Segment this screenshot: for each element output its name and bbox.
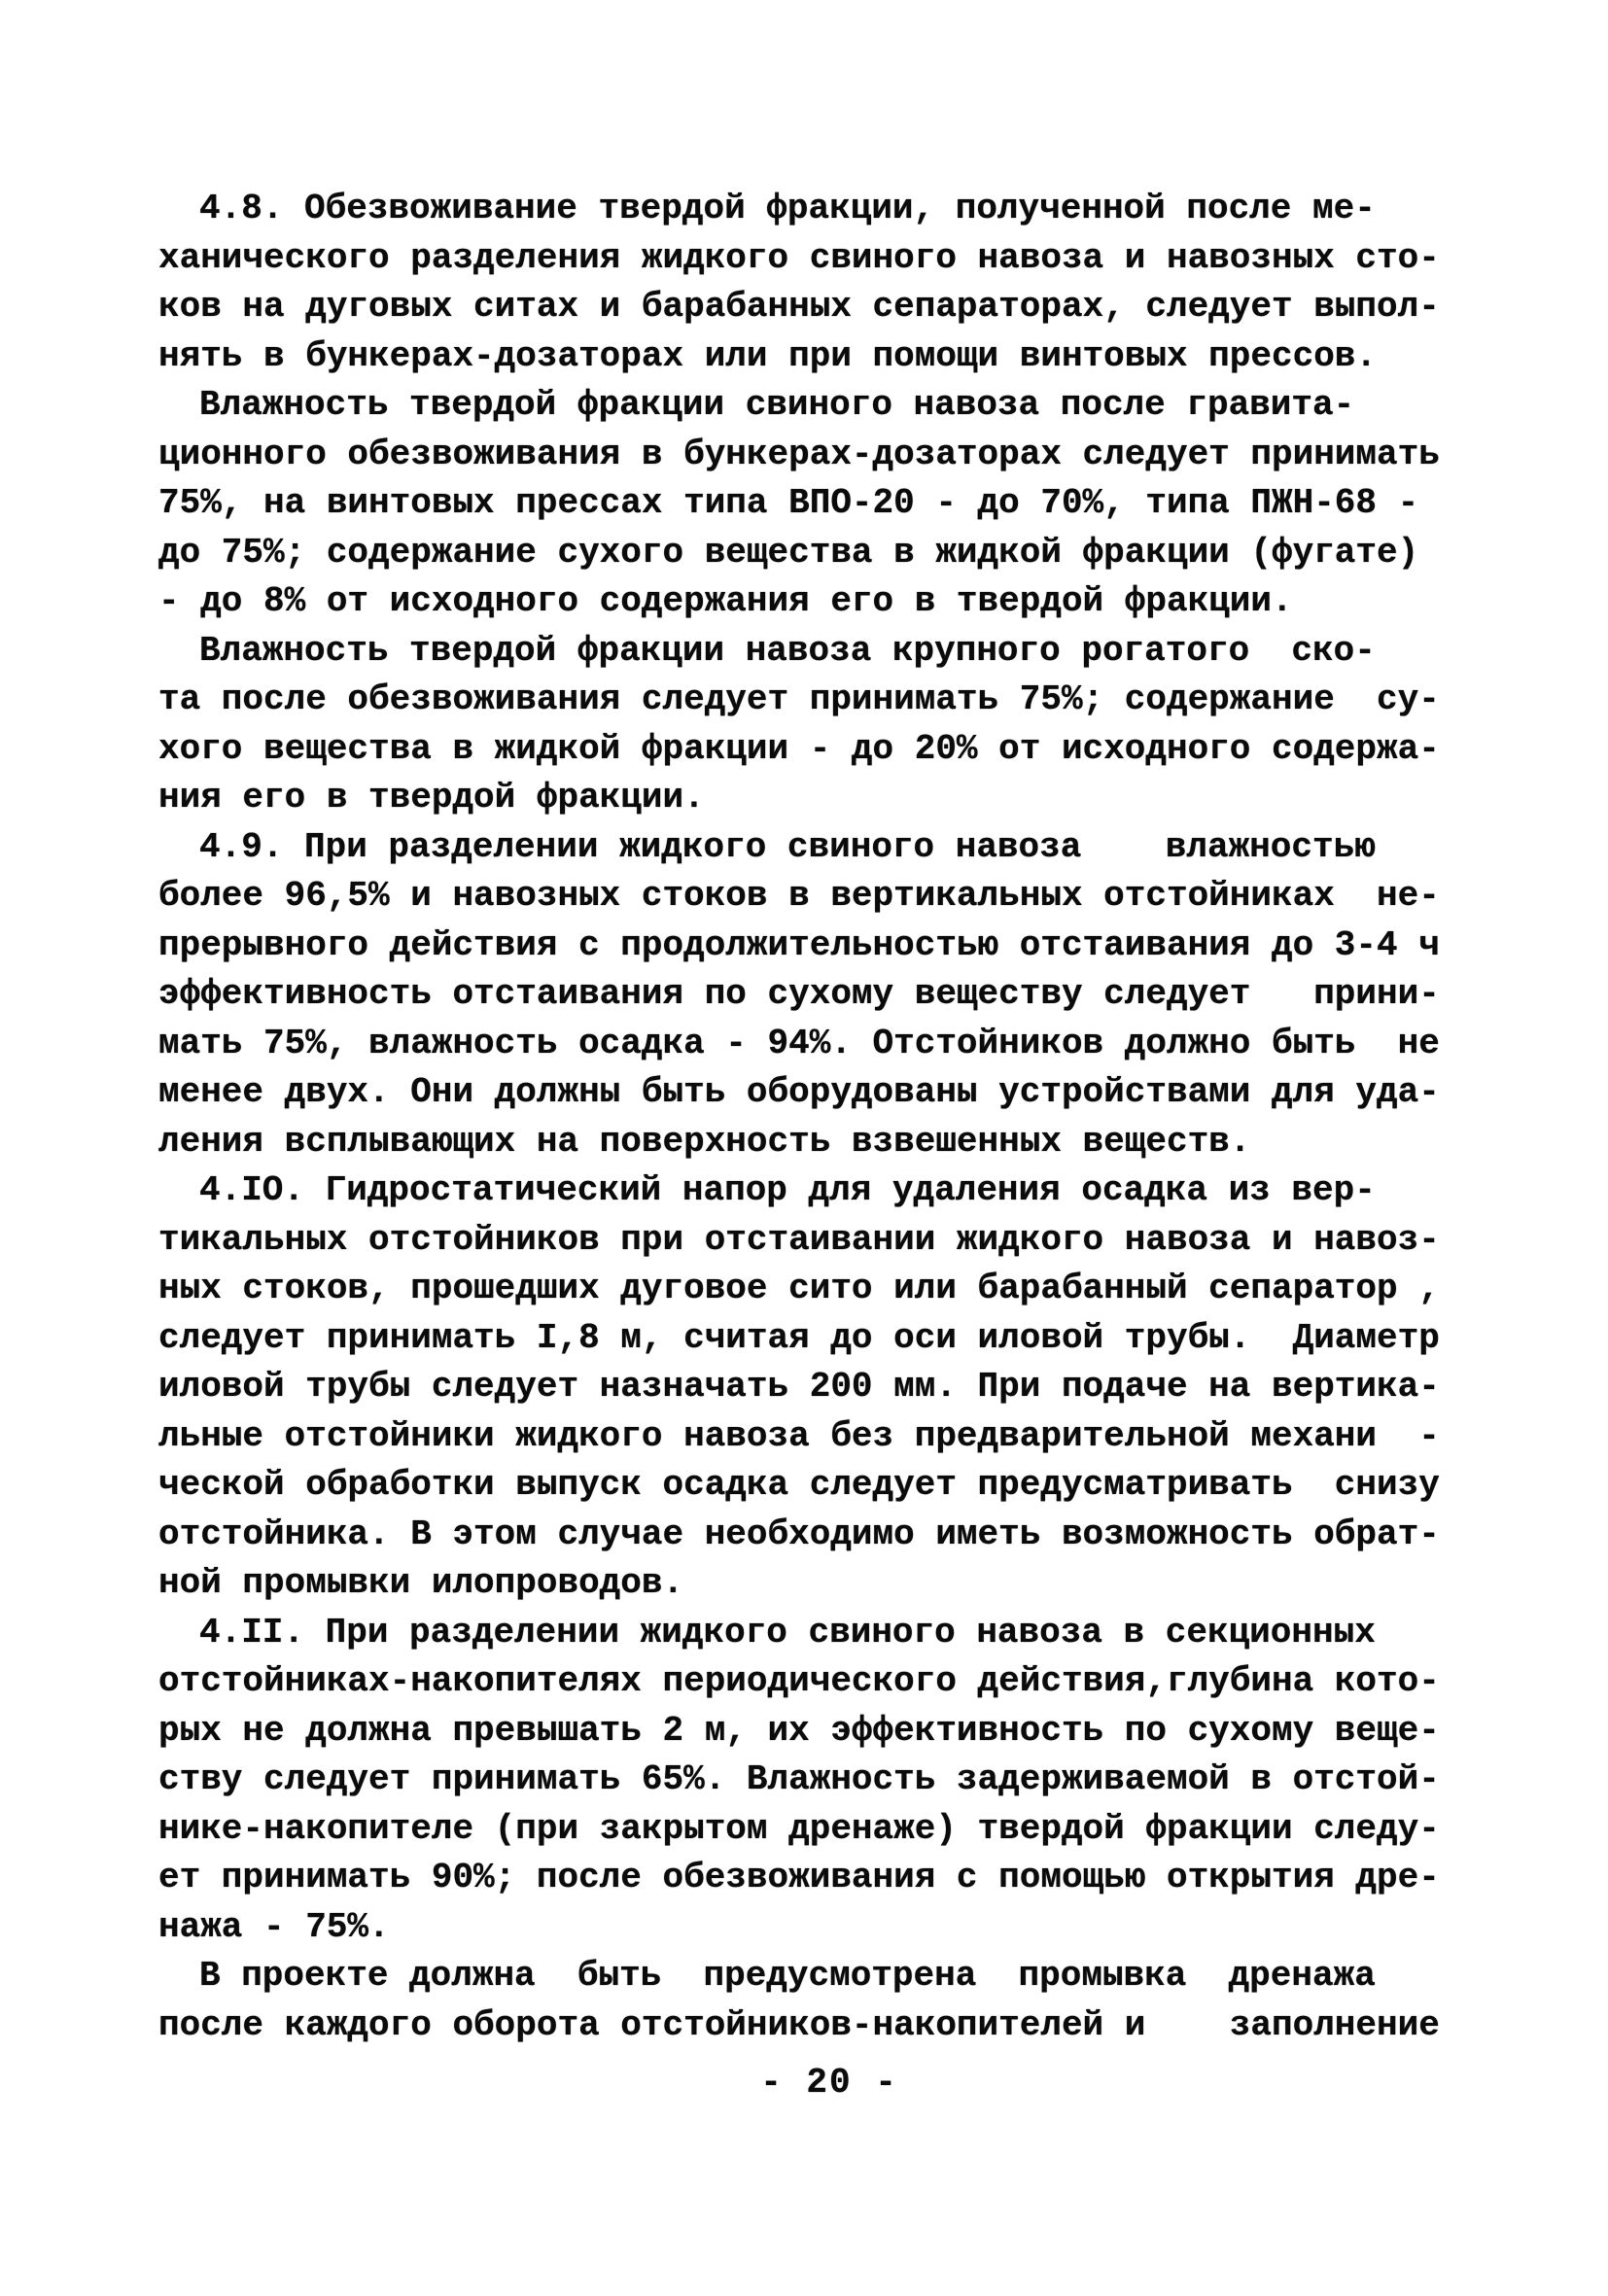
page-number: - 20 - — [158, 2063, 1500, 2103]
document-body: 4.8. Обезвоживание твердой фракции, полу… — [158, 185, 1500, 2050]
paragraph-moisture-pig-manure: Влажность твердой фракции свиного навоза… — [158, 381, 1500, 627]
document-page: 4.8. Обезвоживание твердой фракции, полу… — [0, 0, 1608, 2296]
paragraph-4-9: 4.9. При разделении жидкого свиного наво… — [158, 823, 1500, 1167]
paragraph-4-10: 4.IO. Гидростатический напор для удалени… — [158, 1166, 1500, 1609]
paragraph-4-11: 4.II. При разделении жидкого свиного нав… — [158, 1609, 1500, 1953]
paragraph-moisture-cattle-manure: Влажность твердой фракции навоза крупног… — [158, 627, 1500, 823]
paragraph-4-8: 4.8. Обезвоживание твердой фракции, полу… — [158, 185, 1500, 381]
paragraph-project-drainage-note: В проекте должна быть предусмотрена пром… — [158, 1952, 1500, 2050]
